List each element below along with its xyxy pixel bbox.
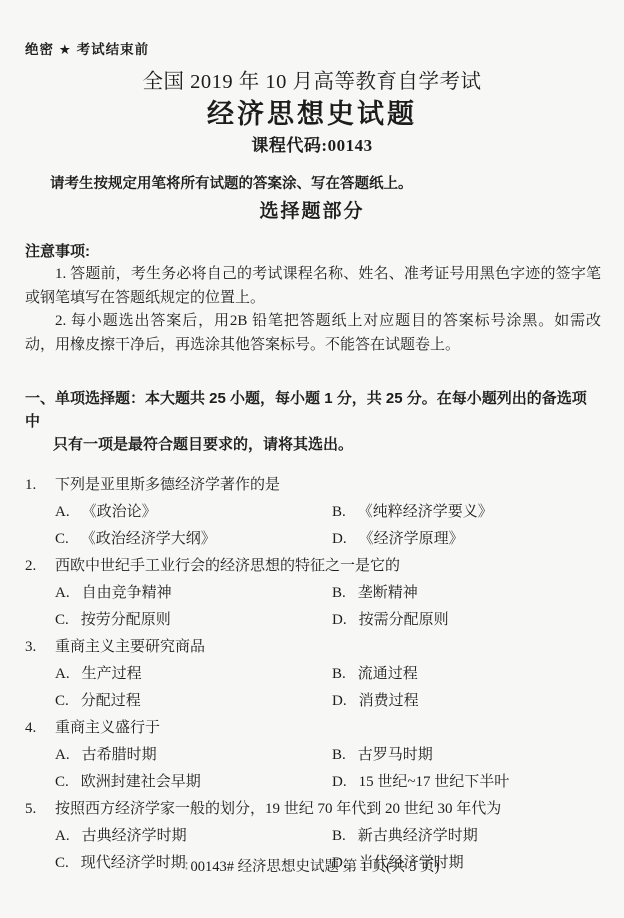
question-1: 1. 下列是亚里斯多德经济学著作的是 A.《政治论》 B.《纯粹经济学要义》 C… xyxy=(25,472,601,553)
option-text: 按劳分配原则 xyxy=(81,612,171,628)
question-2: 2. 西欧中世纪手工业行会的经济思想的特征之一是它的 A.自由竞争精神 B.垄断… xyxy=(25,553,601,634)
option-d: D.消费过程 xyxy=(332,688,601,715)
question-number: 1. xyxy=(25,472,55,499)
option-c: C.《政治经济学大纲》 xyxy=(55,526,332,553)
option-c: C.按劳分配原则 xyxy=(55,607,332,634)
option-a: A.古典经济学时期 xyxy=(55,823,332,850)
option-b: B.新古典经济学时期 xyxy=(332,823,601,850)
option-b: B.古罗马时期 xyxy=(332,742,601,769)
option-c: C.分配过程 xyxy=(55,688,332,715)
section-part-title: 选择题部分 xyxy=(0,196,624,223)
notice-item-1: 1. 答题前，考生务必将自己的考试课程名称、姓名、准考证号用黑色字迹的签字笔或钢… xyxy=(25,263,601,310)
option-label: D. xyxy=(332,693,347,709)
option-text: 古希腊时期 xyxy=(82,747,157,763)
question-options: A.《政治论》 B.《纯粹经济学要义》 C.《政治经济学大纲》 D.《经济学原理… xyxy=(55,499,601,553)
question-number: 4. xyxy=(25,715,55,742)
option-label: B. xyxy=(332,585,346,601)
option-d: D.《经济学原理》 xyxy=(332,526,601,553)
option-text: 生产过程 xyxy=(82,666,142,682)
question-stem: 5. 按照西方经济学家一般的划分，19 世纪 70 年代到 20 世纪 30 年… xyxy=(25,796,601,823)
question-number: 3. xyxy=(25,634,55,661)
option-text: 按需分配原则 xyxy=(359,612,449,628)
option-label: A. xyxy=(55,828,70,844)
course-code: 课程代码:00143 xyxy=(0,131,624,156)
option-label: A. xyxy=(55,666,70,682)
option-label: C. xyxy=(55,531,69,547)
option-text: 《经济学原理》 xyxy=(359,531,464,547)
option-label: A. xyxy=(55,747,70,763)
option-text: 《政治论》 xyxy=(82,504,157,520)
main-content: 注意事项: 1. 答题前，考生务必将自己的考试课程名称、姓名、准考证号用黑色字迹… xyxy=(25,240,601,877)
option-text: 欧洲封建社会早期 xyxy=(81,774,201,790)
option-b: B.垄断精神 xyxy=(332,580,601,607)
option-label: A. xyxy=(55,504,70,520)
option-text: 新古典经济学时期 xyxy=(358,828,478,844)
question-options: A.生产过程 B.流通过程 C.分配过程 D.消费过程 xyxy=(55,661,601,715)
option-c: C.欧洲封建社会早期 xyxy=(55,769,332,796)
section-one-heading: 一、单项选择题：本大题共 25 小题，每小题 1 分，共 25 分。在每小题列出… xyxy=(25,387,601,456)
option-text: 分配过程 xyxy=(81,693,141,709)
option-text: 古罗马时期 xyxy=(358,747,433,763)
page-footer: ∶00143# 经济思想史试题 第 1 页(共 5 页) xyxy=(0,855,624,876)
option-text: 流通过程 xyxy=(358,666,418,682)
question-stem: 3. 重商主义主要研究商品 xyxy=(25,634,601,661)
option-d: D.15 世纪~17 世纪下半叶 xyxy=(332,769,601,796)
question-list: 1. 下列是亚里斯多德经济学著作的是 A.《政治论》 B.《纯粹经济学要义》 C… xyxy=(25,472,601,877)
option-label: D. xyxy=(332,612,347,628)
question-stem: 2. 西欧中世纪手工业行会的经济思想的特征之一是它的 xyxy=(25,553,601,580)
question-number: 2. xyxy=(25,553,55,580)
notice-title: 注意事项: xyxy=(25,240,601,263)
section-one-heading-line2: 只有一项是最符合题目要求的，请将其选出。 xyxy=(53,433,601,456)
option-label: C. xyxy=(55,774,69,790)
notice-item-2: 2. 每小题选出答案后，用2B 铅笔把答题纸上对应题目的答案标号涂黑。如需改动，… xyxy=(25,310,601,357)
exam-session-title: 全国 2019 年 10 月高等教育自学考试 xyxy=(0,64,624,94)
question-4: 4. 重商主义盛行于 A.古希腊时期 B.古罗马时期 C.欧洲封建社会早期 D.… xyxy=(25,715,601,796)
option-label: C. xyxy=(55,693,69,709)
option-b: B.流通过程 xyxy=(332,661,601,688)
option-label: A. xyxy=(55,585,70,601)
question-text: 按照西方经济学家一般的划分，19 世纪 70 年代到 20 世纪 30 年代为 xyxy=(55,796,501,823)
option-label: B. xyxy=(332,504,346,520)
option-a: A.《政治论》 xyxy=(55,499,332,526)
question-number: 5. xyxy=(25,796,55,823)
question-text: 重商主义盛行于 xyxy=(55,715,160,742)
option-d: D.按需分配原则 xyxy=(332,607,601,634)
option-text: 古典经济学时期 xyxy=(82,828,187,844)
question-stem: 1. 下列是亚里斯多德经济学著作的是 xyxy=(25,472,601,499)
option-text: 垄断精神 xyxy=(358,585,418,601)
question-text: 西欧中世纪手工业行会的经济思想的特征之一是它的 xyxy=(55,553,400,580)
option-text: 自由竞争精神 xyxy=(82,585,172,601)
option-text: 《纯粹经济学要义》 xyxy=(358,504,493,520)
question-stem: 4. 重商主义盛行于 xyxy=(25,715,601,742)
exam-paper-page: { "page": { "background": "#f7f7f5", "te… xyxy=(0,0,624,918)
option-b: B.《纯粹经济学要义》 xyxy=(332,499,601,526)
option-a: A.古希腊时期 xyxy=(55,742,332,769)
option-text: 15 世纪~17 世纪下半叶 xyxy=(359,774,510,790)
question-text: 下列是亚里斯多德经济学著作的是 xyxy=(55,472,280,499)
option-label: C. xyxy=(55,612,69,628)
option-text: 消费过程 xyxy=(359,693,419,709)
option-label: D. xyxy=(332,774,347,790)
option-label: D. xyxy=(332,531,347,547)
option-label: B. xyxy=(332,747,346,763)
question-text: 重商主义主要研究商品 xyxy=(55,634,205,661)
footer-text: 00143# 经济思想史试题 第 1 页(共 5 页) xyxy=(190,859,439,875)
question-options: A.古希腊时期 B.古罗马时期 C.欧洲封建社会早期 D.15 世纪~17 世纪… xyxy=(55,742,601,796)
paper-title: 经济思想史试题 xyxy=(0,92,624,131)
footer-partial-mark: ∶ xyxy=(185,859,189,875)
option-a: A.自由竞争精神 xyxy=(55,580,332,607)
option-text: 《政治经济学大纲》 xyxy=(81,531,216,547)
answer-sheet-note: 请考生按规定用笔将所有试题的答案涂、写在答题纸上。 xyxy=(50,172,413,193)
question-options: A.自由竞争精神 B.垄断精神 C.按劳分配原则 D.按需分配原则 xyxy=(55,580,601,634)
option-a: A.生产过程 xyxy=(55,661,332,688)
classification-banner: 绝密 ★ 考试结束前 xyxy=(25,38,149,58)
option-label: B. xyxy=(332,828,346,844)
option-label: B. xyxy=(332,666,346,682)
question-3: 3. 重商主义主要研究商品 A.生产过程 B.流通过程 C.分配过程 D.消费过… xyxy=(25,634,601,715)
section-one-heading-line1: 一、单项选择题：本大题共 25 小题，每小题 1 分，共 25 分。在每小题列出… xyxy=(25,387,601,433)
